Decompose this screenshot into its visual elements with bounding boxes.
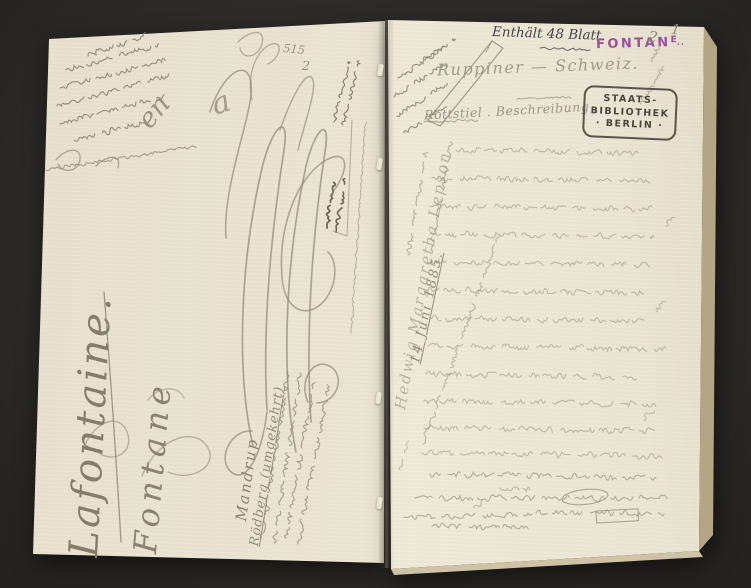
notebook-photo: Lafontaine. Fontane en a 515 2 Mandrup R… [0, 0, 751, 588]
staatsbibliothek-berlin-stamp: STAATS- BIBLIOTHEK · BERLIN · [582, 85, 678, 141]
left-page-number-bottom: 2 [302, 60, 311, 73]
stamp-line-3: · BERLIN · [595, 118, 663, 133]
fontane-stamp-main: FONTAN [596, 35, 671, 52]
left-page-number-top: 515 [282, 43, 305, 57]
fontane-stamp-dots: ·· [677, 40, 685, 49]
